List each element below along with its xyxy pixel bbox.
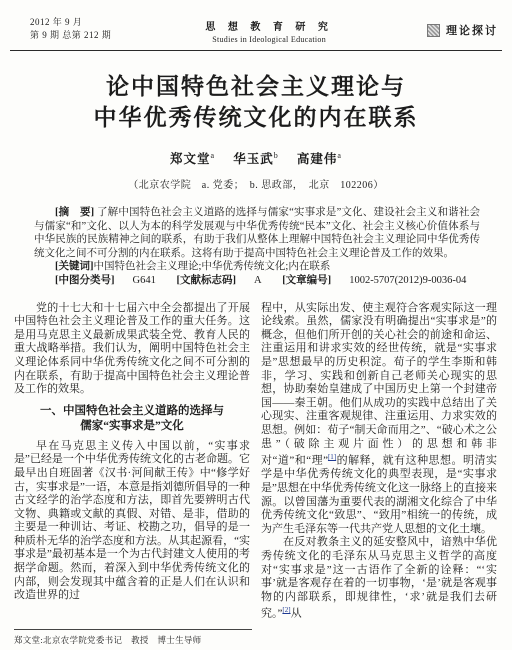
author-affil-mark: a	[211, 151, 216, 160]
journal-name-en: Studies in Ideological Education	[205, 35, 333, 44]
footnote-ref-1[interactable]: [1]	[328, 453, 336, 461]
body-paragraph: 程中，从实际出发、使主观符合客观实际这一理论线索。虽然，儒家没有明确提出“实事求…	[261, 302, 497, 537]
author: 高建伟a	[297, 152, 342, 166]
section-label: 理论探讨	[446, 22, 498, 38]
paper-page: 2012 年 9 月 第 9 期 总第 212 期 思 想 教 育 研 究 St…	[0, 0, 512, 650]
authors-line: 郑文堂a 华玉武b 高建伟a	[0, 149, 512, 167]
body-paragraph: 党的十七大和十七届六中全会都提出了开展中国特色社会主义理论普及工作的重大任务。这…	[14, 302, 250, 397]
left-column: 党的十七大和十七届六中全会都提出了开展中国特色社会主义理论普及工作的重大任务。这…	[14, 302, 250, 622]
keywords: [关键词]中国特色社会主义理论;中华优秀传统文化;内在联系	[34, 260, 480, 274]
header-rule	[10, 50, 502, 51]
author-name: 郑文堂	[170, 152, 211, 166]
section-heading: 一、中国特色社会主义道路的选择与 儒家“实事求是”文化	[14, 404, 250, 434]
issue-number: 第 9 期 总第 212 期	[30, 29, 111, 42]
author: 郑文堂a	[170, 152, 215, 166]
article-title-line1: 论中国特色社会主义理论与	[0, 71, 512, 102]
author: 华玉武b	[233, 152, 279, 166]
body-paragraph: 在反对教条主义的延安整风中，谙熟中华优秀传统文化的毛泽东从马克思主义哲学的高度对…	[261, 536, 497, 621]
article-title: 论中国特色社会主义理论与 中华优秀传统文化的内在联系	[0, 71, 512, 133]
article-id: [文章编号]1002-5707(2012)9-0036-04	[282, 275, 466, 286]
section-heading-line2: 儒家“实事求是”文化	[14, 419, 250, 434]
article-title-line2: 中华优秀传统文化的内在联系	[0, 102, 512, 133]
abstract-text: 了解中国特色社会主义道路的选择与儒家“实事求是”文化、建设社会主义和谐社会与儒家…	[34, 207, 480, 259]
author-name: 高建伟	[297, 152, 338, 166]
body-columns: 党的十七大和十七届六中全会都提出了开展中国特色社会主义理论普及工作的重大任务。这…	[0, 302, 512, 622]
hatched-square-icon	[427, 24, 440, 37]
author-bio-footnote: 郑文堂:北京农学院党委书记 教授 博士生导师	[14, 629, 252, 646]
author-name: 华玉武	[233, 152, 274, 166]
footnote-ref-2[interactable]: [2]	[282, 606, 290, 614]
abstract: [摘 要] 了解中国特色社会主义道路的选择与儒家“实事求是”文化、建设社会主义和…	[34, 206, 480, 260]
journal-name-cn: 思 想 教 育 研 究	[205, 18, 333, 33]
document-code: [文献标志码]A	[176, 275, 261, 286]
affiliation-line: （北京农学院 a. 党委； b. 思政部， 北京 102206）	[0, 176, 512, 191]
issue-info: 2012 年 9 月 第 9 期 总第 212 期	[30, 16, 111, 42]
abstract-label: [摘 要]	[55, 207, 94, 218]
author-affil-mark: b	[274, 151, 279, 160]
right-column: 程中，从实际出发、使主观符合客观实际这一理论线索。虽然，儒家没有明确提出“实事求…	[261, 302, 497, 622]
section-badge: 理论探讨	[427, 22, 498, 38]
classification-line: [中图分类号]G641 [文献标志码]A [文章编号]1002-5707(201…	[34, 274, 480, 288]
clc-number: [中图分类号]G641	[55, 275, 156, 286]
article-meta: [摘 要] 了解中国特色社会主义道路的选择与儒家“实事求是”文化、建设社会主义和…	[34, 206, 480, 288]
keywords-label: [关键词]	[55, 261, 94, 272]
journal-name: 思 想 教 育 研 究 Studies in Ideological Educa…	[205, 18, 333, 44]
section-heading-line1: 一、中国特色社会主义道路的选择与	[14, 404, 250, 419]
keywords-text: 中国特色社会主义理论;中华优秀传统文化;内在联系	[94, 261, 331, 272]
issue-date: 2012 年 9 月	[30, 16, 111, 29]
journal-header: 2012 年 9 月 第 9 期 总第 212 期 思 想 教 育 研 究 St…	[0, 0, 512, 44]
body-paragraph: 早在马克思主义传入中国以前，“实事求是”已经是一个中华优秀传统文化的古老命题。它…	[14, 440, 250, 603]
author-affil-mark: a	[337, 151, 342, 160]
